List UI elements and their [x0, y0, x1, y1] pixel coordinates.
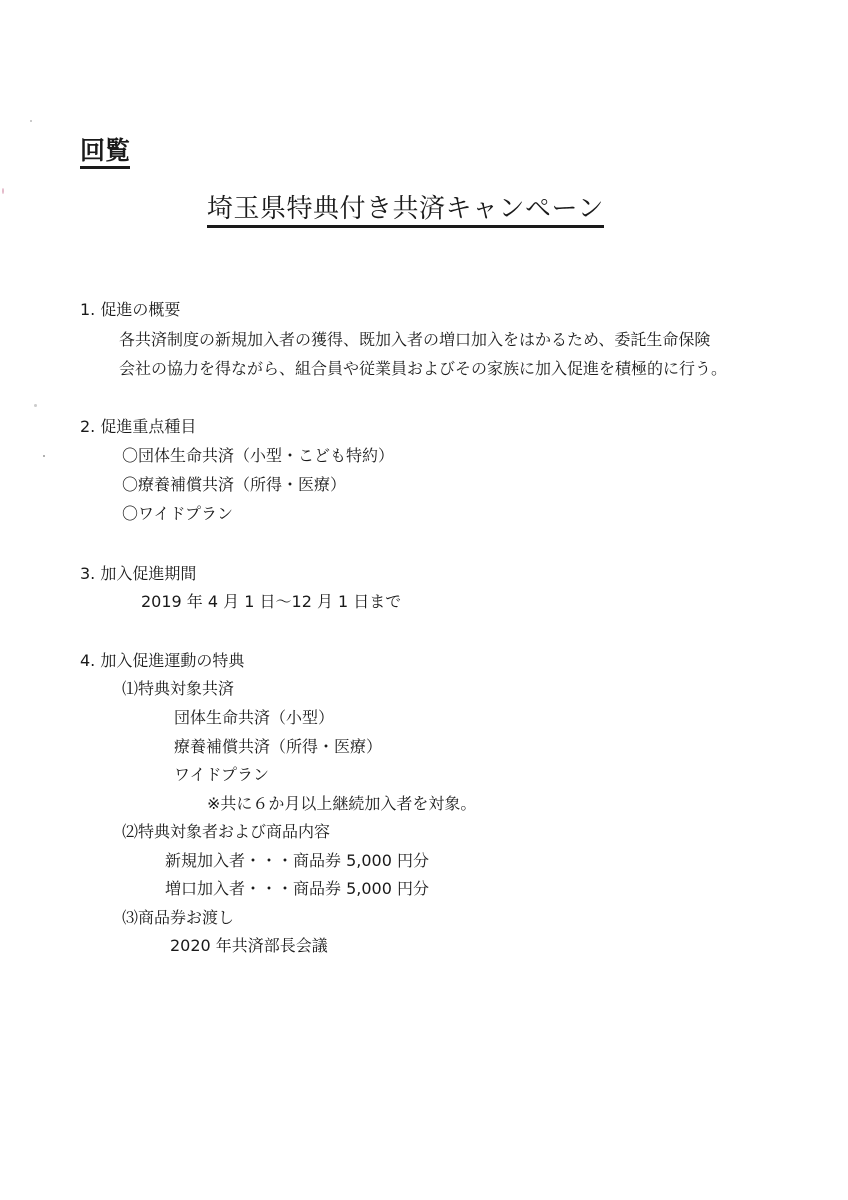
subsection-1-note: ※共に６か月以上継続加入者を対象。 [207, 794, 476, 814]
section-1-line-2: 会社の協力を得ながら、組合員や従業員およびその家族に加入促進を積極的に行う。 [119, 359, 727, 379]
section-2-item-1: 〇団体生命共済（小型・こども特約） [122, 446, 394, 466]
subsection-2-item-2: 増口加入者・・・商品券 5,000 円分 [165, 879, 429, 899]
subsection-2-item-1: 新規加入者・・・商品券 5,000 円分 [165, 851, 429, 871]
subsection-1-item-3: ワイドプラン [174, 765, 269, 785]
section-2-item-2: 〇療養補償共済（所得・医療） [122, 475, 346, 495]
section-3-heading: 3. 加入促進期間 [80, 564, 196, 584]
section-1-heading: 1. 促進の概要 [80, 300, 180, 320]
section-3-period: 2019 年 4 月 1 日～12 月 1 日まで [141, 592, 401, 612]
section-1-line-1: 各共済制度の新規加入者の獲得、既加入者の増口加入をはかるため、委託生命保険 [119, 330, 710, 350]
circulation-label: 回覧 [80, 137, 130, 169]
subsection-3-heading: ⑶商品券お渡し [122, 908, 234, 928]
scan-speck [2, 188, 4, 194]
subsection-3-item-1: 2020 年共済部長会議 [170, 936, 328, 956]
section-2-item-3: 〇ワイドプラン [122, 504, 233, 524]
document-title: 埼玉県特典付き共済キャンペーン [207, 194, 604, 228]
subsection-2-heading: ⑵特典対象者および商品内容 [122, 822, 330, 842]
scan-speck [43, 455, 45, 457]
subsection-1-item-2: 療養補償共済（所得・医療） [174, 737, 382, 757]
subsection-1-heading: ⑴特典対象共済 [122, 679, 234, 699]
scan-speck [30, 120, 32, 122]
section-4-heading: 4. 加入促進運動の特典 [80, 651, 244, 671]
subsection-1-item-1: 団体生命共済（小型） [174, 708, 334, 728]
scan-speck [34, 404, 37, 407]
section-2-heading: 2. 促進重点種目 [80, 417, 196, 437]
